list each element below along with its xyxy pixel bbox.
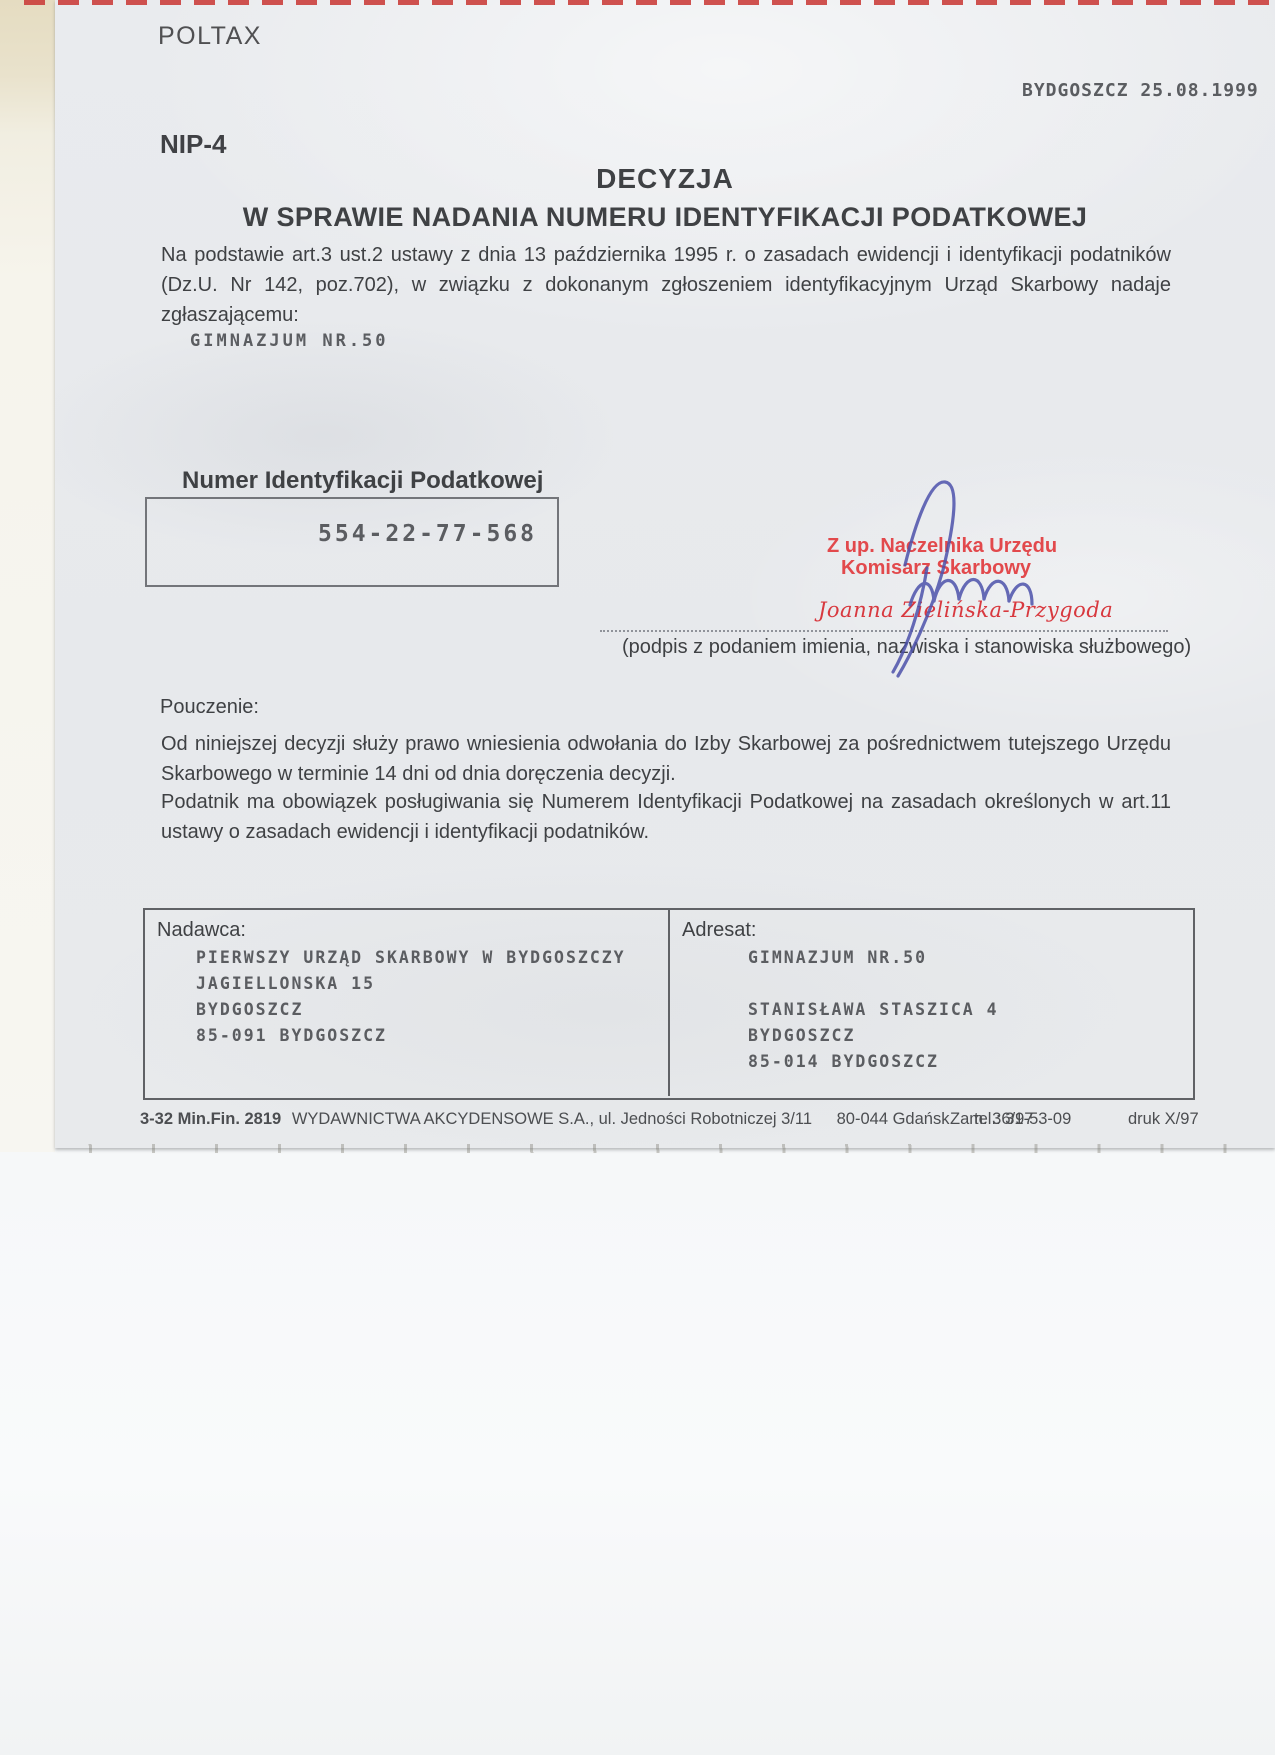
decision-title: DECYZJA [140, 163, 1190, 195]
sender-line: 85-091 BYDGOSZCZ [196, 1026, 387, 1045]
footer-order: Zam. 36/97 [950, 1110, 1033, 1129]
form-system-label: POLTAX [158, 22, 262, 51]
recipient-line: BYDGOSZCZ [748, 1026, 855, 1045]
intro-paragraph: Na podstawie art.3 ust.2 ustawy z dnia 1… [161, 240, 1171, 330]
nip-label: Numer Identyfikacji Podatkowej [182, 467, 543, 495]
instruction-paragraph-1: Od niniejszej decyzji służy prawo wniesi… [161, 729, 1171, 789]
instruction-heading: Pouczenie: [160, 696, 259, 719]
scanner-edge-strip [0, 0, 55, 1152]
perforation-dashes [24, 0, 1275, 5]
torn-edge [55, 1144, 1275, 1153]
footer-imprint: 3-32 Min.Fin. 2819 WYDAWNICTWA AKCYDENSO… [140, 1110, 1071, 1129]
recipient-line: STANISŁAWA STASZICA 4 [748, 1000, 999, 1019]
footer-print-ref: druk X/97 [1128, 1110, 1199, 1129]
sender-line: PIERWSZY URZĄD SKARBOWY W BYDGOSZCZY [196, 948, 626, 967]
sender-label: Nadawca: [157, 919, 246, 942]
taxpayer-name: GIMNAZJUM NR.50 [190, 331, 389, 351]
footer-publisher: WYDAWNICTWA AKCYDENSOWE S.A., ul. Jednoś… [292, 1110, 812, 1128]
form-code: NIP-4 [160, 129, 226, 160]
place-date: BYDGOSZCZ 25.08.1999 [1022, 80, 1259, 101]
nip-number: 554-22-77-568 [318, 521, 537, 547]
recipient-line: GIMNAZJUM NR.50 [748, 948, 927, 967]
instruction-paragraph-2: Podatnik ma obowiązek posługiwania się N… [161, 787, 1171, 847]
sender-line: BYDGOSZCZ [196, 1000, 303, 1019]
handwritten-signature-ink [760, 470, 1140, 690]
address-box-divider [668, 908, 670, 1096]
sender-line: JAGIELLONSKA 15 [196, 974, 375, 993]
scanned-document-page: POLTAX BYDGOSZCZ 25.08.1999 NIP-4 DECYZJ… [0, 0, 1275, 1755]
recipient-line: 85-014 BYDGOSZCZ [748, 1052, 939, 1071]
footer-postal: 80-044 Gdańsk [837, 1110, 950, 1128]
recipient-label: Adresat: [682, 919, 756, 942]
decision-subtitle: W SPRAWIE NADANIA NUMERU IDENTYFIKACJI P… [140, 202, 1190, 233]
footer-print-code: 3-32 Min.Fin. 2819 [140, 1110, 281, 1128]
